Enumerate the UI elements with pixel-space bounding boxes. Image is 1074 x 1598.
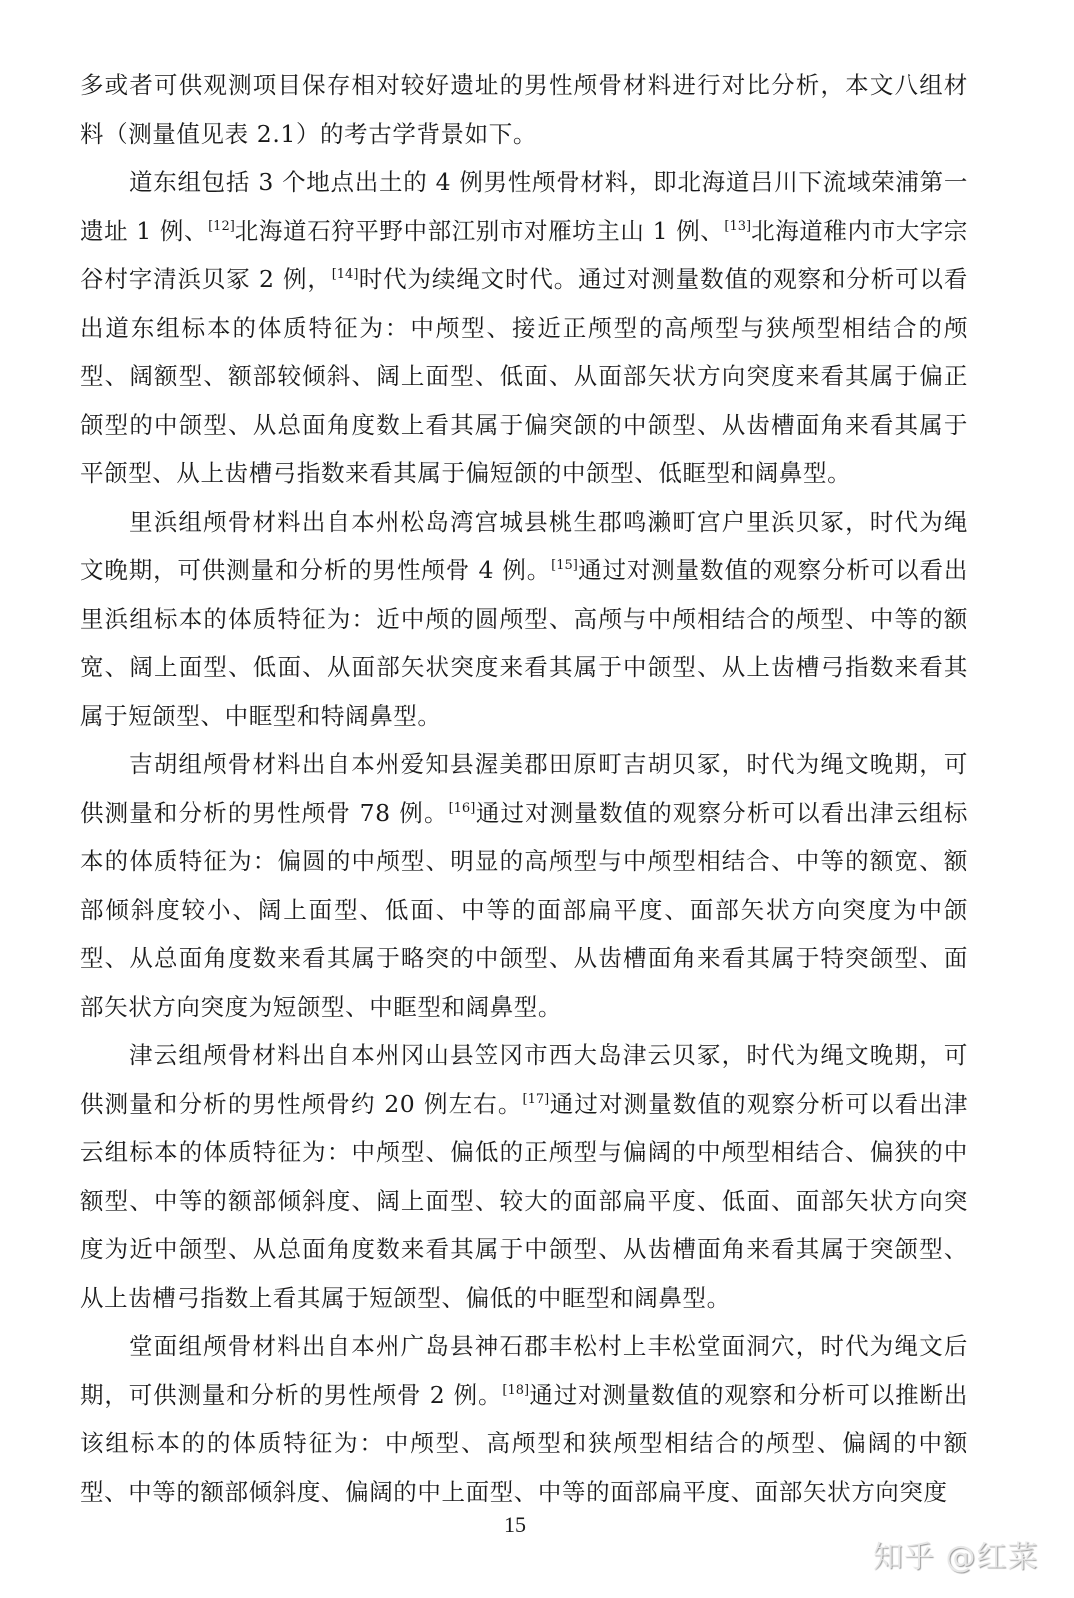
citation-ref-13[interactable]: [13] — [724, 219, 751, 234]
citation-ref-15[interactable]: [15] — [551, 558, 578, 573]
citation-ref-14[interactable]: [14] — [332, 267, 359, 282]
citation-ref-18[interactable]: [18] — [502, 1383, 529, 1398]
paragraph-intro-continuation: 多或者可供观测项目保存相对较好遗址的男性颅骨材料进行对比分析，本文八组材料（测量… — [80, 61, 968, 158]
paragraph-satohama-group: 里浜组颅骨材料出自本州松岛湾宫城县桃生郡鸣濑町宫户里浜贝冢，时代为绳文晚期，可供… — [80, 498, 968, 741]
citation-ref-12[interactable]: [12] — [208, 219, 235, 234]
paragraph-domen-group: 堂面组颅骨材料出自本州广岛县神石郡丰松村上丰松堂面洞穴，时代为绳文后期，可供测量… — [80, 1322, 968, 1516]
document-page-body: 多或者可供观测项目保存相对较好遗址的男性颅骨材料进行对比分析，本文八组材料（测量… — [80, 61, 968, 1516]
paragraph-text: 通过对测量数值的观察分析可以看出津云组标本的体质特征为：偏圆的中颅型、明显的高颅… — [80, 799, 968, 1021]
paragraph-text: 通过对测量数值的观察分析可以看出津云组标本的体质特征为：中颅型、偏低的正颅型与偏… — [80, 1090, 968, 1312]
zhihu-watermark: 知乎 @红菜 — [873, 1532, 1039, 1576]
paragraph-text: 时代为续绳文时代。通过对测量数值的观察和分析可以看出道东组标本的体质特征为：中颅… — [80, 265, 968, 487]
citation-ref-16[interactable]: [16] — [449, 801, 476, 816]
citation-ref-17[interactable]: [17] — [523, 1092, 550, 1107]
paragraph-tsukumo-group: 津云组颅骨材料出自本州冈山县笠冈市西大岛津云贝冢，时代为绳文晚期，可供测量和分析… — [80, 1031, 968, 1322]
paragraph-text: 多或者可供观测项目保存相对较好遗址的男性颅骨材料进行对比分析，本文八组材料（测量… — [80, 71, 968, 148]
paragraph-text: 北海道石狩平野中部江别市对雁坊主山 1 例、 — [235, 217, 725, 245]
paragraph-daodong-group: 道东组包括 3 个地点出土的 4 例男性颅骨材料，即北海道吕川下流域荣浦第一遗址… — [80, 158, 968, 498]
paragraph-yoshiko-group: 吉胡组颅骨材料出自本州爱知县渥美郡田原町吉胡贝冢，时代为绳文晚期，可供测量和分析… — [80, 740, 968, 1031]
